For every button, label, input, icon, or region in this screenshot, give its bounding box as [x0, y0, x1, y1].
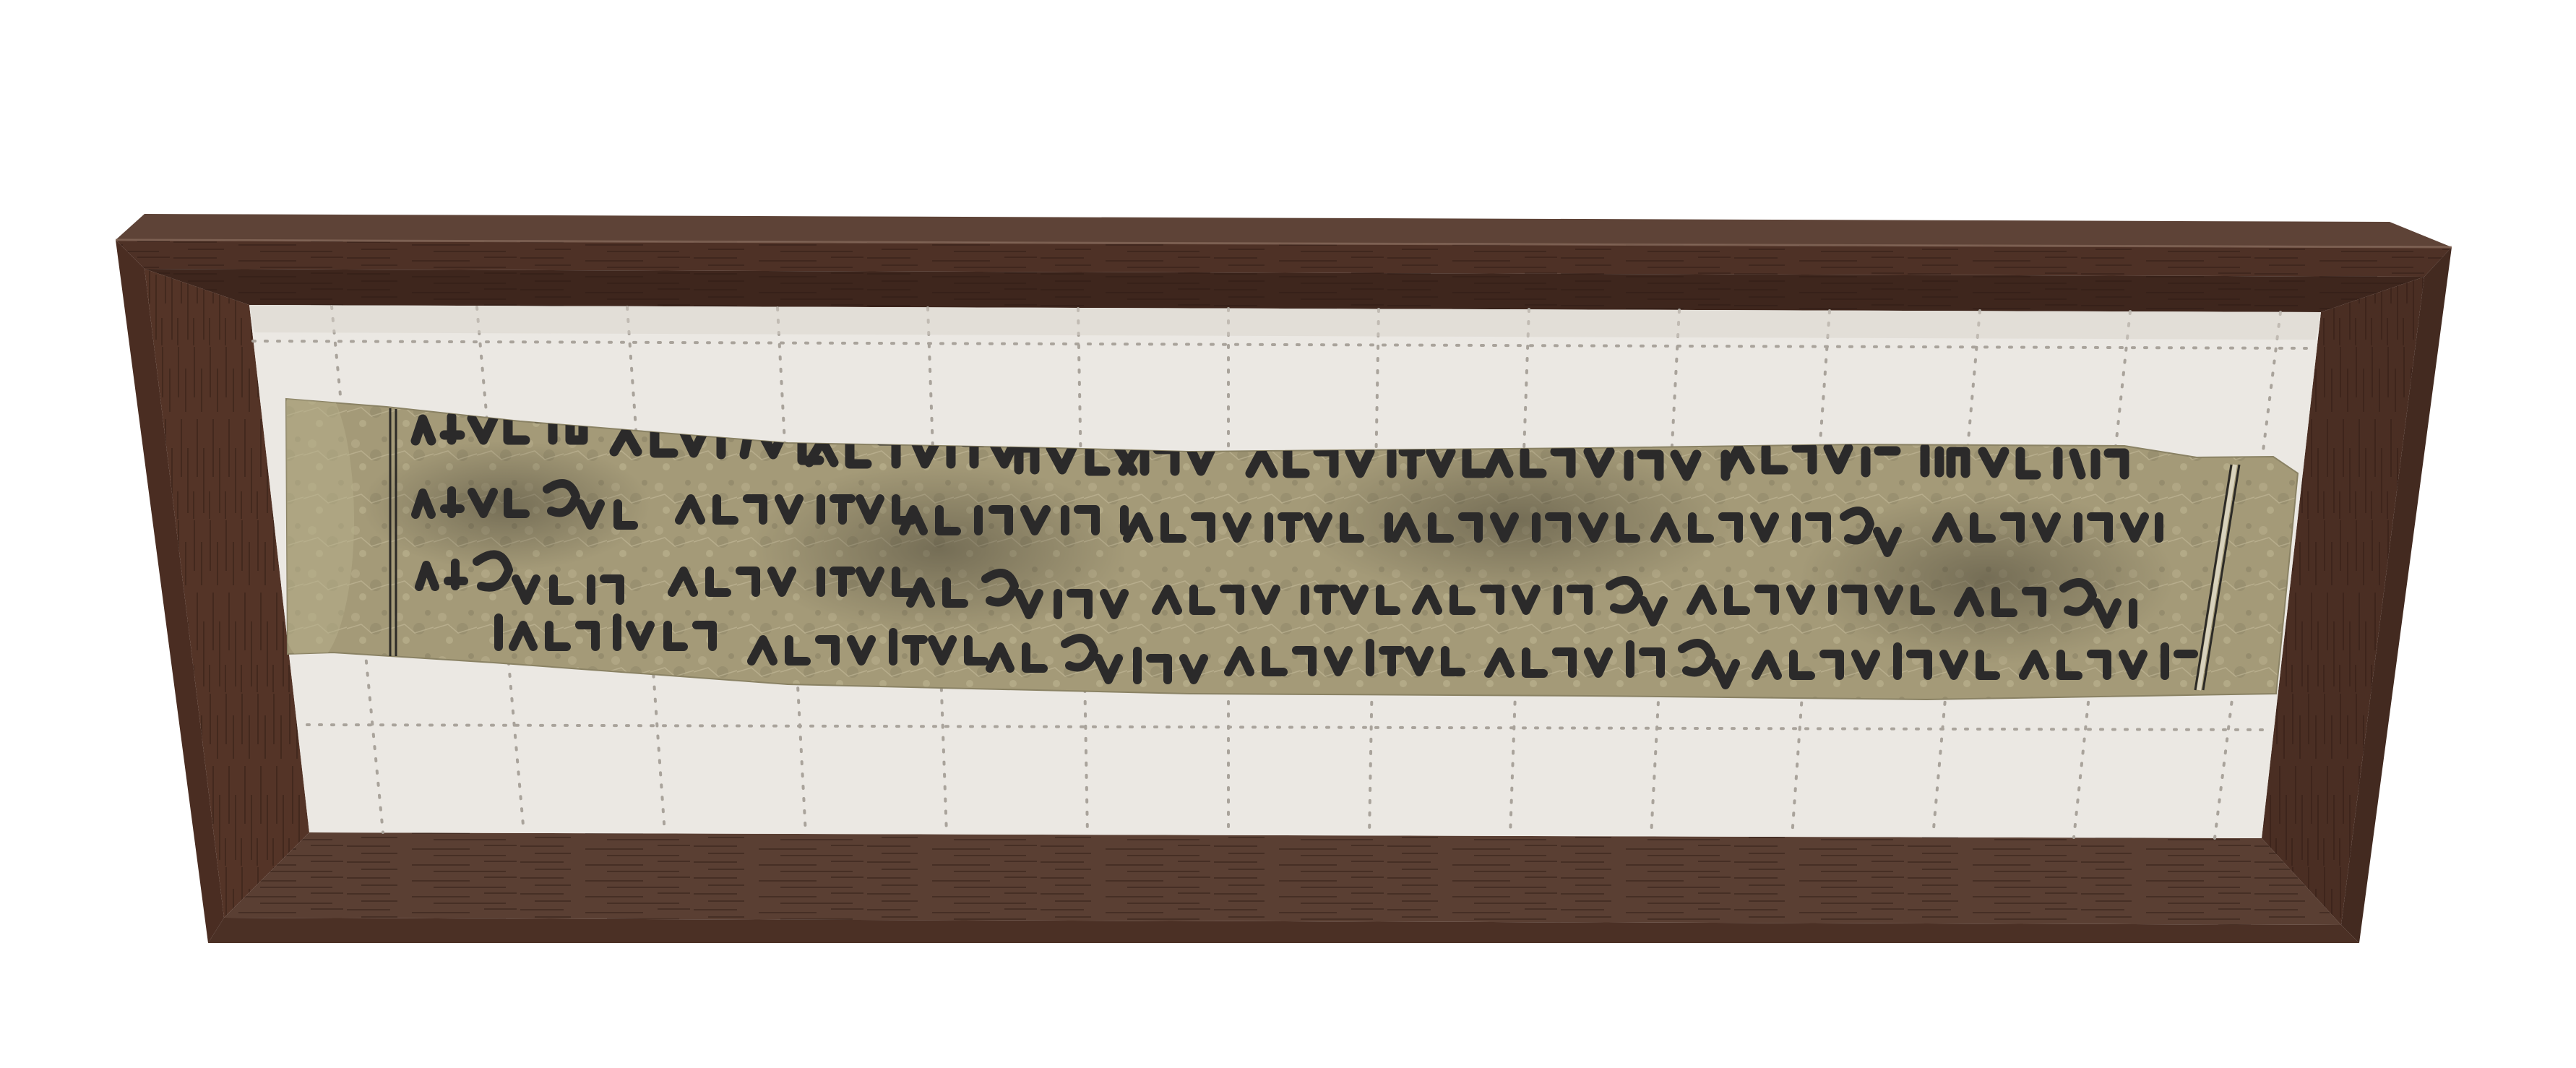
- framed-manuscript-photo: Framed manuscript fragment dark walnut w…: [0, 0, 2576, 1068]
